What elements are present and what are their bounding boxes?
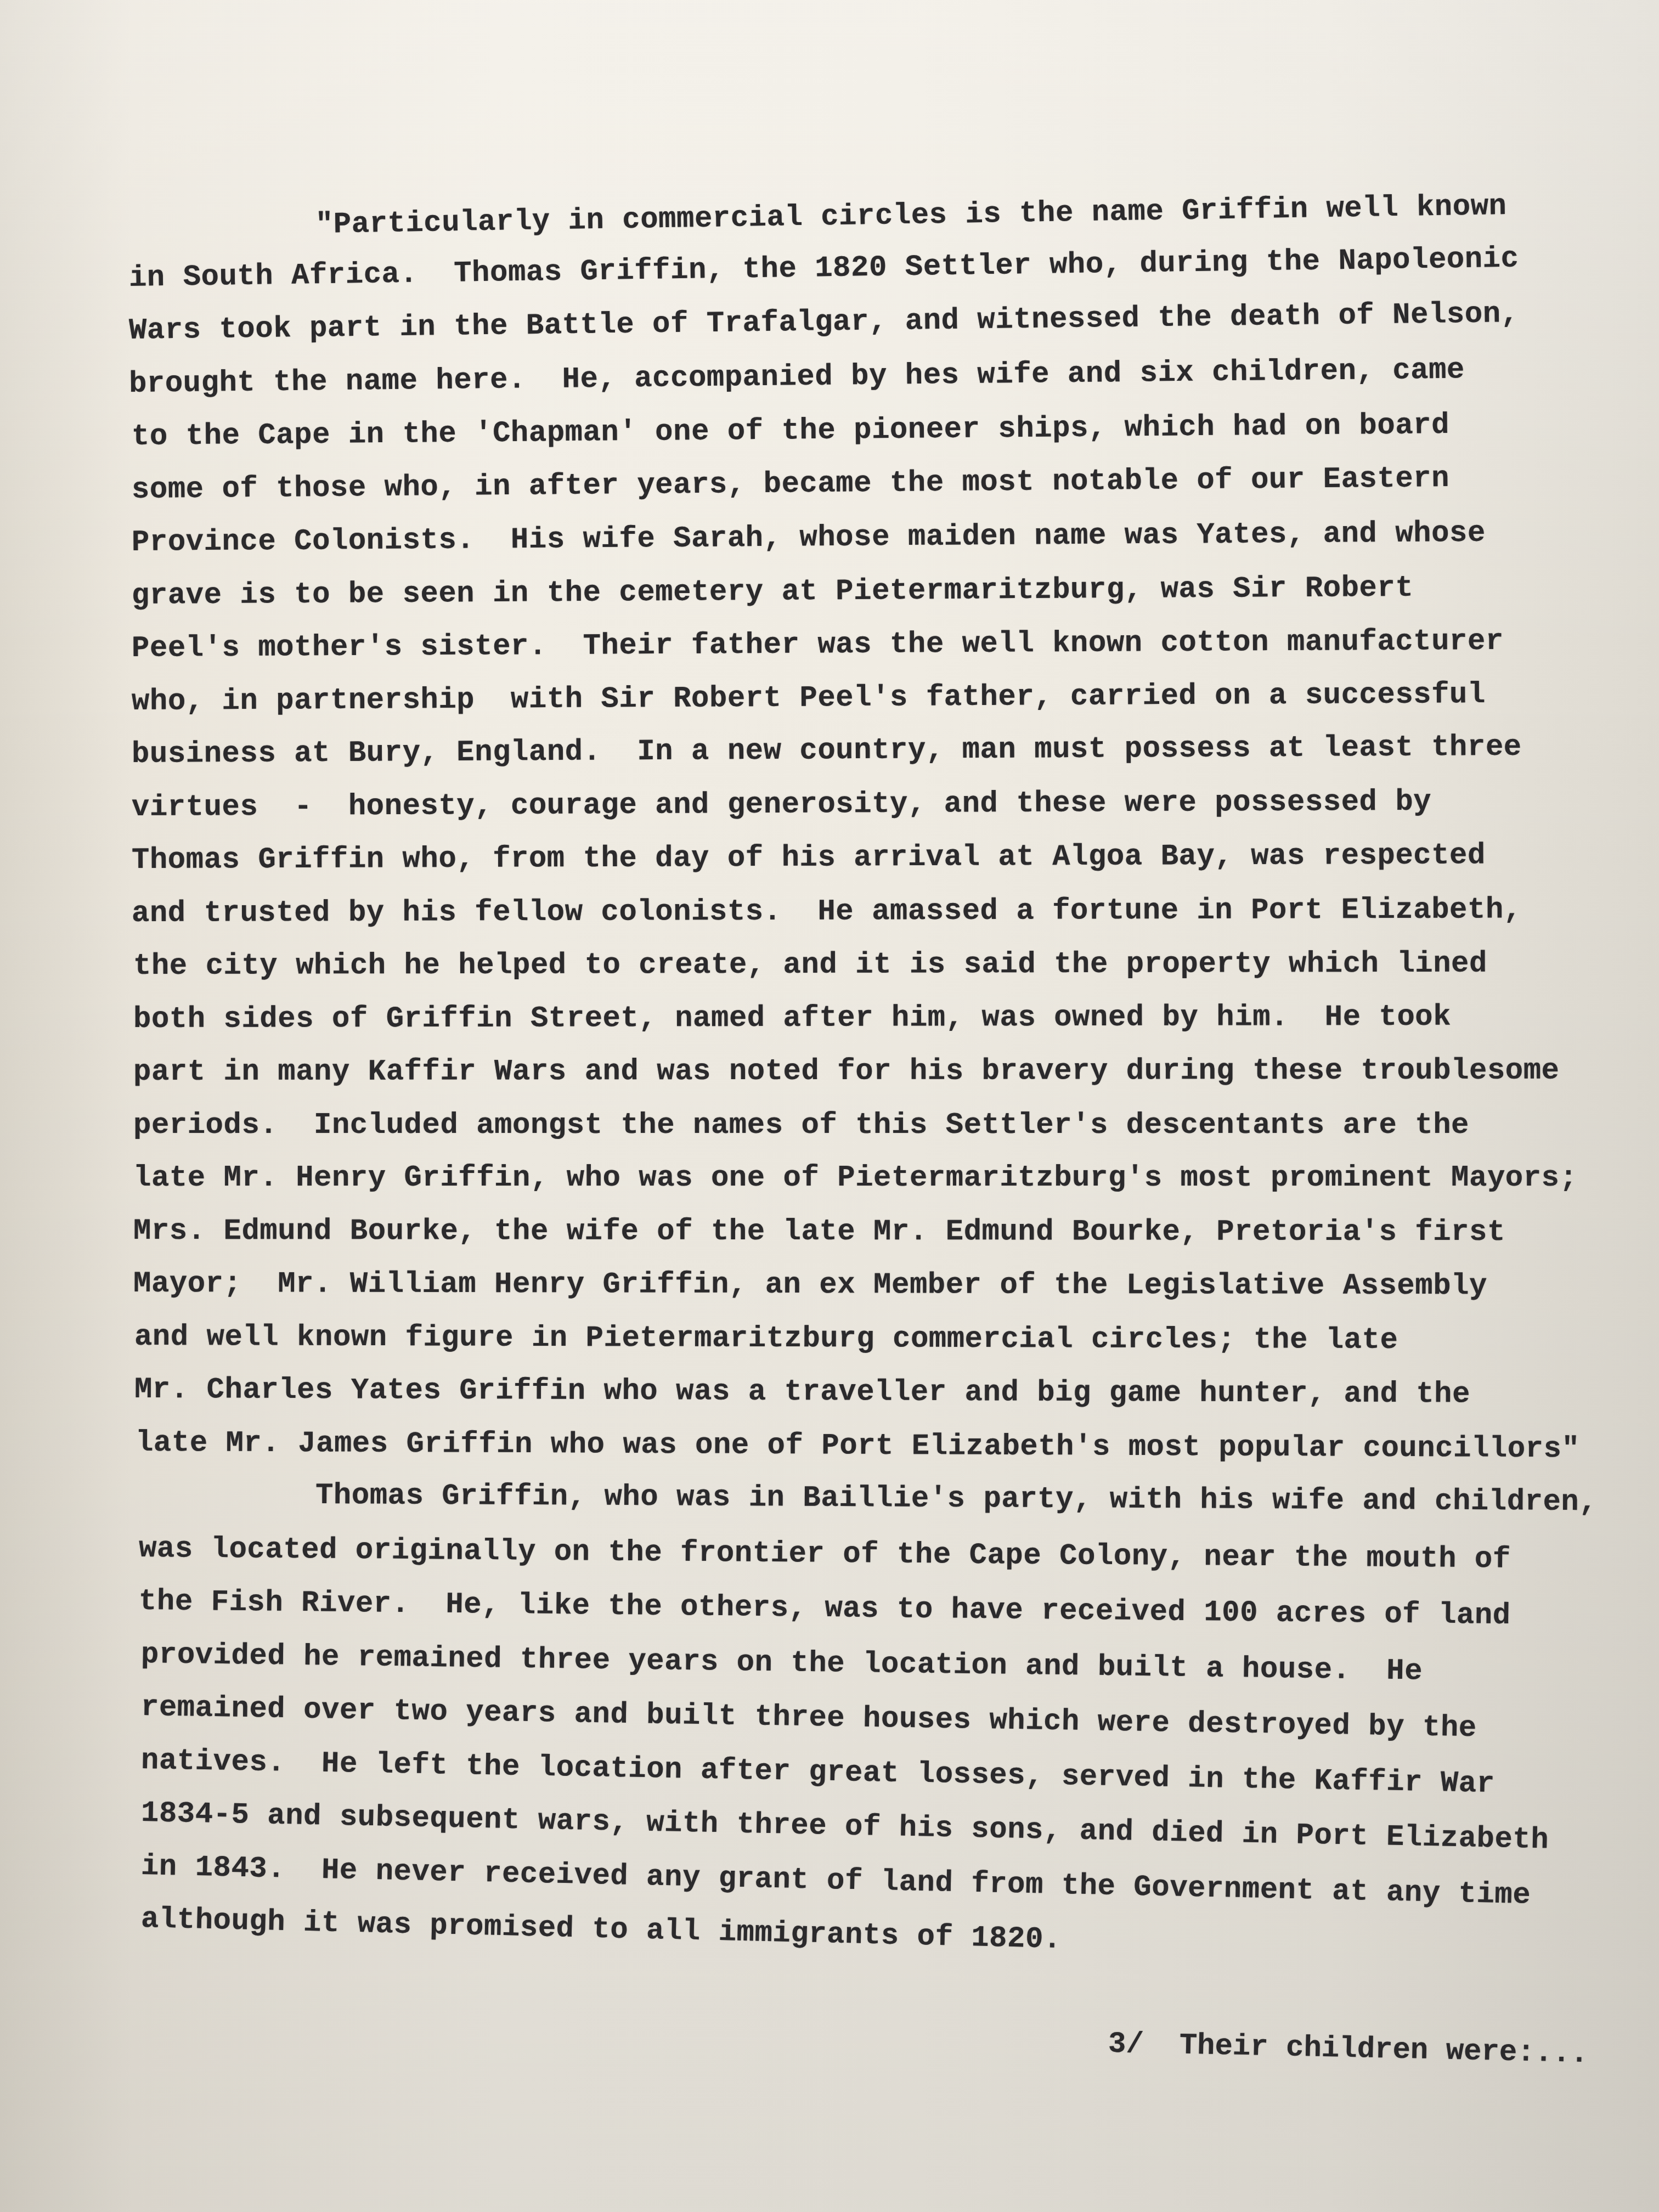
continuation-note: 3/ Their children were:... (1108, 2028, 1588, 2071)
text-line: "Particularly in commercial circles is t… (315, 190, 1507, 242)
text-line: although it was promised to all immigran… (140, 1903, 1062, 1957)
text-line: Province Colonists. His wife Sarah, whos… (132, 517, 1486, 560)
text-line: grave is to be seen in the cemetery at P… (132, 571, 1414, 612)
text-line: virtues - honesty, courage and generosit… (132, 785, 1431, 824)
text-line: business at Bury, England. In a new coun… (132, 731, 1522, 771)
text-line: natives. He left the location after grea… (140, 1744, 1495, 1801)
text-line: Thomas Griffin who, from the day of his … (132, 839, 1486, 877)
text-line: to the Cape in the 'Chapman' one of the … (132, 409, 1450, 454)
text-line: the Fish River. He, like the others, was… (139, 1585, 1511, 1633)
text-line: and well known figure in Pietermaritzbur… (134, 1321, 1398, 1357)
text-line: both sides of Griffin Street, named afte… (133, 1000, 1451, 1036)
text-line: Wars took part in the Battle of Trafalga… (129, 297, 1519, 348)
text-line: Mr. Charles Yates Griffin who was a trav… (134, 1373, 1470, 1411)
text-line: late Mr. James Griffin who was one of Po… (136, 1426, 1580, 1466)
text-line: Peel's mother's sister. Their father was… (132, 625, 1504, 665)
text-line: remained over two years and built three … (141, 1691, 1477, 1745)
text-line: Mayor; Mr. William Henry Griffin, an ex … (133, 1267, 1487, 1303)
text-line: part in many Kaffir Wars and was noted f… (133, 1054, 1560, 1089)
text-line: brought the name here. He, accompanied b… (129, 353, 1465, 400)
text-line: Thomas Griffin, who was in Baillie's par… (315, 1479, 1598, 1519)
text-line: the city which he helped to create, and … (133, 947, 1487, 983)
text-line: who, in partnership with Sir Robert Peel… (132, 678, 1486, 719)
text-line: 1834-5 and subsequent wars, with three o… (140, 1797, 1549, 1857)
text-line: periods. Included amongst the names of t… (133, 1109, 1469, 1142)
text-line: in South Africa. Thomas Griffin, the 182… (129, 242, 1519, 295)
text-line: and trusted by his fellow colonists. He … (132, 893, 1522, 930)
text-line: was located originally on the frontier o… (139, 1532, 1511, 1577)
text-line: provided he remained three years on the … (141, 1638, 1423, 1689)
text-line: late Mr. Henry Griffin, who was one of P… (133, 1161, 1577, 1195)
text-line: some of those who, in after years, becam… (132, 462, 1450, 507)
text-line: Mrs. Edmund Bourke, the wife of the late… (133, 1215, 1505, 1249)
text-line: in 1843. He never received any grant of … (140, 1850, 1531, 1912)
